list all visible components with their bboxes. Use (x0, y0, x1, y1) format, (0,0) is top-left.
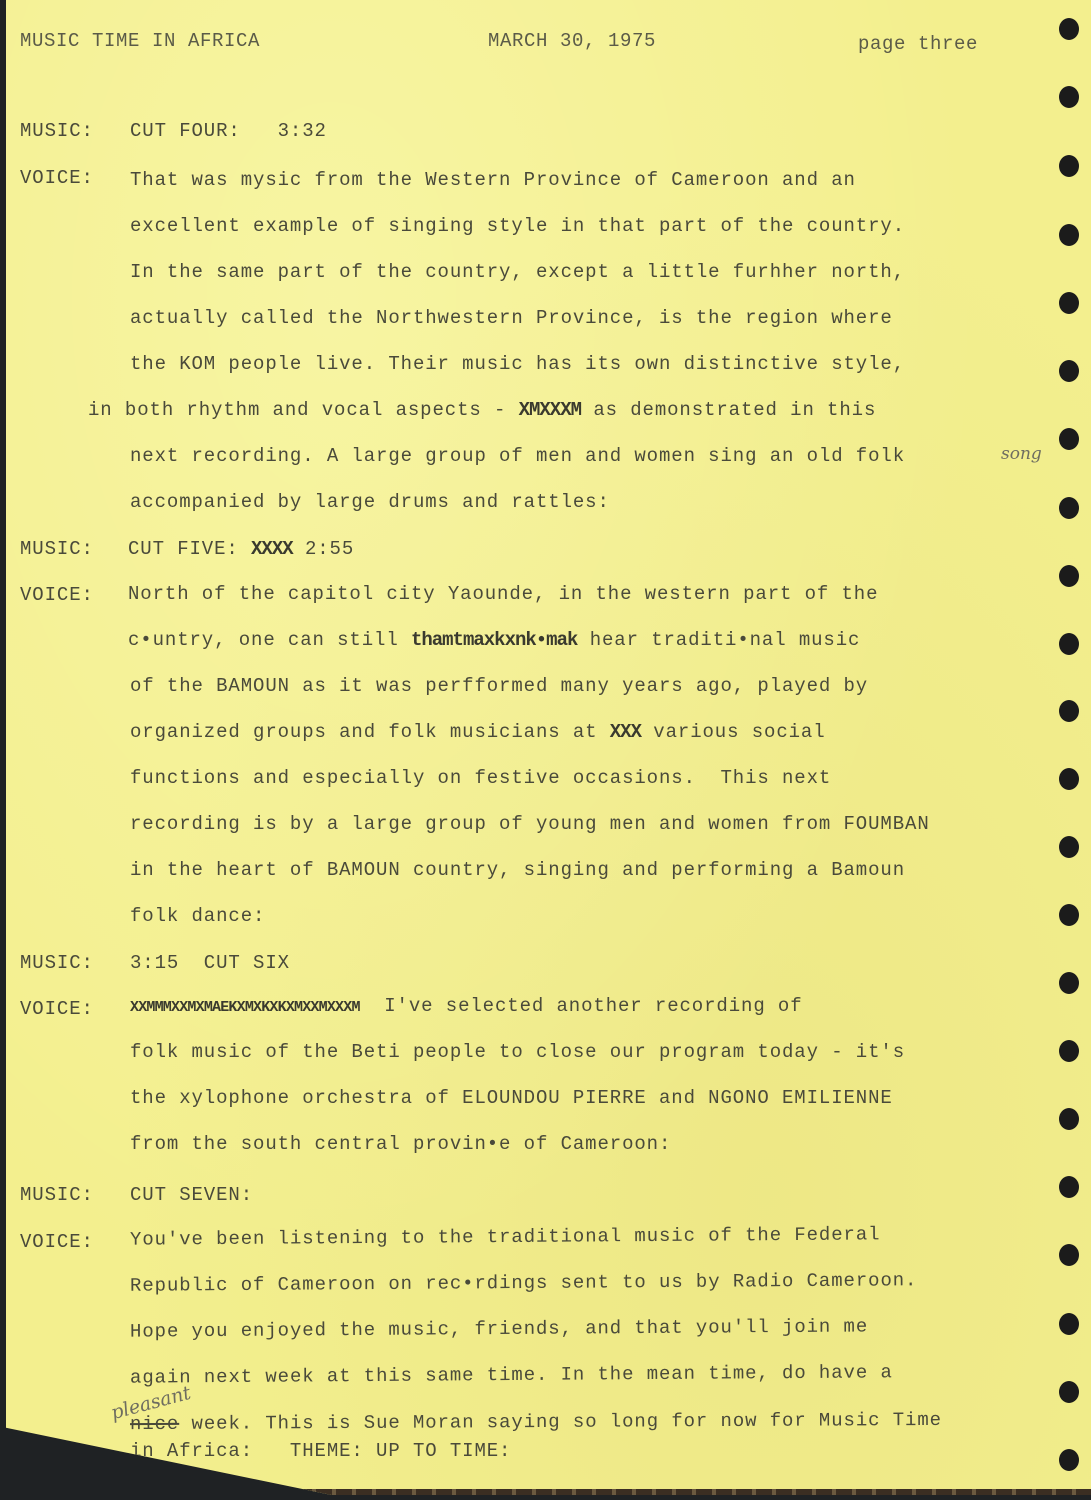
speaker-label: VOICE: (20, 167, 94, 189)
strikeout: thamtmaxkxnk•mak (411, 629, 577, 651)
script-date: MARCH 30, 1975 (488, 30, 656, 52)
punch-hole (1059, 18, 1079, 40)
script-line: recording is by a large group of young m… (130, 813, 930, 835)
strikeout: XXMMMXXMXMAEKXMXKXKXMXXMXXXM (130, 999, 360, 1016)
script-line: Hope you enjoyed the music, friends, and… (130, 1315, 868, 1342)
strikeout: nice (130, 1413, 179, 1435)
speaker-label: VOICE: (20, 998, 94, 1020)
punch-hole (1059, 565, 1079, 587)
script-line: functions and especially on festive occa… (130, 767, 831, 789)
strikeout: XXX (610, 721, 641, 743)
script-line: nice week. This is Sue Moran saying so l… (130, 1409, 942, 1435)
script-line: of the BAMOUN as it was perfformed many … (130, 675, 868, 697)
speaker-label: MUSIC: (20, 952, 94, 974)
script-line: accompanied by large drums and rattles: (130, 491, 610, 513)
speaker-label: MUSIC: (20, 120, 94, 142)
punch-hole (1059, 836, 1079, 858)
script-line: in Africa: THEME: UP TO TIME: (130, 1440, 511, 1462)
music-cue: CUT FOUR: 3:32 (130, 120, 327, 142)
punch-hole (1059, 700, 1079, 722)
punch-hole (1059, 1313, 1079, 1335)
speaker-label: VOICE: (20, 1231, 94, 1253)
script-line: XXMMMXXMXMAEKXMXKXKXMXXMXXXM I've select… (130, 995, 803, 1017)
music-cue: CUT SEVEN: (130, 1184, 253, 1206)
punch-hole (1059, 1176, 1079, 1198)
punch-hole (1059, 1381, 1079, 1403)
page-number: page three (858, 33, 978, 55)
music-cue: CUT FIVE: XXXX 2:55 (128, 538, 354, 560)
script-line: from the south central provin•e of Camer… (130, 1133, 671, 1155)
punch-hole (1059, 428, 1079, 450)
margin-insertion: in (88, 399, 113, 421)
punch-hole (1059, 1449, 1079, 1471)
speaker-label: MUSIC: (20, 538, 94, 560)
script-line: That was mysic from the Western Province… (130, 169, 856, 191)
speaker-label: VOICE: (20, 584, 94, 606)
punch-hole (1059, 1108, 1079, 1130)
script-line: In the same part of the country, except … (130, 261, 905, 283)
punch-hole (1059, 360, 1079, 382)
punch-hole (1059, 904, 1079, 926)
script-line: folk music of the Beti people to close o… (130, 1041, 905, 1063)
strikeout: XXXX (251, 538, 293, 560)
script-line: Republic of Cameroon on rec•rdings sent … (130, 1269, 917, 1296)
strikeout: XMXXXM (519, 399, 581, 421)
punch-hole (1059, 155, 1079, 177)
script-line: organized groups and folk musicians at X… (130, 721, 826, 743)
script-line: c•untry, one can still thamtmaxkxnk•mak … (128, 629, 860, 651)
script-line: excellent example of singing style in th… (130, 215, 905, 237)
script-line: the KOM people live. Their music has its… (130, 353, 905, 375)
torn-edge (296, 1489, 1091, 1495)
program-title: MUSIC TIME IN AFRICA (20, 30, 260, 52)
punch-hole (1059, 633, 1079, 655)
punch-hole (1059, 86, 1079, 108)
script-line: next recording. A large group of men and… (130, 445, 905, 467)
script-line: in the heart of BAMOUN country, singing … (130, 859, 905, 881)
script-line: the xylophone orchestra of ELOUNDOU PIER… (130, 1087, 893, 1109)
punch-hole (1059, 972, 1079, 994)
script-line: folk dance: (130, 905, 265, 927)
speaker-label: MUSIC: (20, 1184, 94, 1206)
punch-hole (1059, 1244, 1079, 1266)
punch-hole (1059, 224, 1079, 246)
punch-hole (1059, 497, 1079, 519)
music-cue: 3:15 CUT SIX (130, 952, 290, 974)
typewritten-script-page: MUSIC TIME IN AFRICA MARCH 30, 1975 page… (6, 0, 1091, 1495)
script-line: again next week at this same time. In th… (130, 1361, 893, 1388)
punch-hole (1059, 768, 1079, 790)
script-line: in both rhythm and vocal aspects - XMXXX… (88, 399, 876, 421)
script-line: North of the capitol city Yaounde, in th… (128, 583, 878, 605)
punch-hole (1059, 1040, 1079, 1062)
script-line: You've been listening to the traditional… (130, 1223, 881, 1250)
handwritten-insertion: song (1001, 444, 1042, 464)
punch-hole (1059, 292, 1079, 314)
script-line: actually called the Northwestern Provinc… (130, 307, 893, 329)
